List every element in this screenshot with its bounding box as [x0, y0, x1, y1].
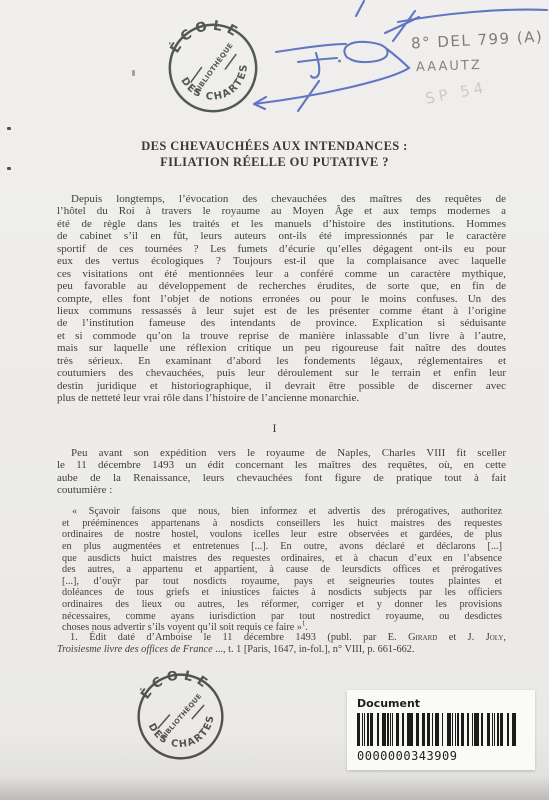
- text-line: l’hôtel du Roi à travers le royaume au M…: [57, 205, 506, 217]
- footnote-author: Joly: [486, 632, 504, 643]
- footnote-author: Girard: [408, 632, 437, 643]
- text-line: lieux communs ressassés à leur sujet est…: [57, 305, 506, 317]
- text-line: Depuis longtemps, l’évocation des chevau…: [57, 193, 506, 205]
- text-line: aube de la Renaissance, leurs chevauchée…: [57, 472, 506, 484]
- text-line: en plus augmentées et entretenues [...].…: [62, 541, 502, 553]
- title-line-1: DES CHEVAUCHÉES AUX INTENDANCES :: [0, 139, 549, 155]
- text-line: ces visitations ont été mentionnées leur…: [57, 268, 506, 280]
- scan-speck: [7, 127, 11, 130]
- round-stamp-icon: ÉCOLE DES CHARTES BIBLIOTHÈQUE: [155, 10, 271, 126]
- paragraph-2: Peu avant son expédition vers le royaume…: [57, 447, 506, 497]
- text-line: et prééminences appartenans à nosdicts c…: [62, 518, 502, 530]
- text-line: que ausdicts huict maistres des requeste…: [62, 553, 502, 565]
- text-line: compte, elles font l’objet de notions er…: [57, 293, 506, 305]
- paragraph-1: Depuis longtemps, l’évocation des chevau…: [57, 193, 506, 404]
- ghost-stamp-annotation: SP 54: [424, 78, 489, 108]
- text-line: coutumière :: [57, 484, 506, 496]
- barcode-icon: [357, 713, 517, 746]
- scan-speck: [132, 70, 135, 76]
- article-title: DES CHEVAUCHÉES AUX INTENDANCES : FILIAT…: [0, 139, 549, 170]
- barcode-label: Document 0000000343909: [347, 690, 535, 770]
- text-line: ordinaires de nostre hostel, voulons ice…: [62, 529, 502, 541]
- text-line: Peu avant son expédition vers le royaume…: [57, 447, 506, 459]
- text-line: de cabinet s’il en fût, leurs auteurs on…: [57, 230, 506, 242]
- footnote-number: 1.: [70, 632, 89, 643]
- title-line-2: FILIATION RÉELLE OU PUTATIVE ?: [0, 155, 549, 171]
- svg-text:ÉCOLE: ÉCOLE: [162, 11, 246, 59]
- footnote-line-2: Troisiesme livre des offices de France .…: [57, 644, 506, 656]
- text-line: plus de netteté leur vrai rôle dans l’hi…: [57, 392, 506, 404]
- library-stamp-top: ÉCOLE DES CHARTES BIBLIOTHÈQUE: [155, 10, 271, 126]
- library-stamp-bottom: ÉCOLE DES CHARTES BIBLIOTHÈQUE: [127, 663, 233, 769]
- stamp-text-ecole: ÉCOLE: [135, 663, 215, 704]
- text-line: destin juridique et historiographique, i…: [57, 380, 506, 392]
- footnote-line-1: 1. Édit daté d’Amboise le 11 décembre 14…: [57, 632, 506, 644]
- round-stamp-icon: ÉCOLE DES CHARTES BIBLIOTHÈQUE: [127, 663, 233, 769]
- text-line: très sérieux. En examinant d’abord les f…: [57, 355, 506, 367]
- barcode-number: 0000000343909: [357, 749, 525, 763]
- text-line: le 11 décembre 1493 un édit concernant l…: [57, 459, 506, 471]
- footnote-text: et J.: [437, 632, 485, 643]
- text-line: sportif de ces tournées ? Les fumets d’é…: [57, 243, 506, 255]
- text-line: nécessaires, comme ayans iurisdiction pa…: [62, 611, 502, 623]
- section-number: I: [0, 421, 549, 436]
- text-line: coutumiers des chevauchées, puis leur dé…: [57, 367, 506, 379]
- text-line: doléances de tous griefs et iniustices f…: [62, 587, 502, 599]
- text-line: de l’institution fameuse des intendants …: [57, 317, 506, 329]
- svg-text:ÉCOLE: ÉCOLE: [135, 663, 215, 704]
- pencil-note-annotation: AAAUTZ: [416, 58, 482, 75]
- text-line: des autres, a appartenu et appartient, à…: [62, 564, 502, 576]
- barcode-title: Document: [357, 697, 525, 710]
- footnote-text: ,: [503, 632, 506, 643]
- footnote-text: ..., t. 1 [Paris, 1647, in-fol.], n° VII…: [213, 644, 415, 655]
- text-line: peu favorable au développement de recher…: [57, 280, 506, 292]
- footnote-text: Édit daté d’Amboise le 11 décembre 1493 …: [89, 632, 408, 643]
- text-line: mais sur laquelle une réflexion critique…: [57, 342, 506, 354]
- footnote: 1. Édit daté d’Amboise le 11 décembre 14…: [57, 632, 506, 655]
- blockquote-edict: « Sçavoir faisons que nous, bien informe…: [62, 506, 502, 634]
- text-line: [...], d’ouÿr par tout nosdicts royaume,…: [62, 576, 502, 588]
- stamp-text-ecole: ÉCOLE: [162, 11, 246, 59]
- shelfmark-annotation: 8° DEL 799 (A): [411, 28, 544, 53]
- text-line: et si commode qu’on la trouve reprise de…: [57, 330, 506, 342]
- text-line: « Sçavoir faisons que nous, bien informe…: [62, 506, 502, 518]
- text-line: été de règle dans les traités et les man…: [57, 218, 506, 230]
- footnote-work-title: Troisiesme livre des offices de France: [57, 644, 213, 655]
- text-line: ordinaires des lieux ou autres, les réfo…: [62, 599, 502, 611]
- text-line: eux des vertus écologiques ? Toujours es…: [57, 255, 506, 267]
- scanned-page: ÉCOLE DES CHARTES BIBLIOTHÈQUE ÉCOLE: [0, 0, 549, 800]
